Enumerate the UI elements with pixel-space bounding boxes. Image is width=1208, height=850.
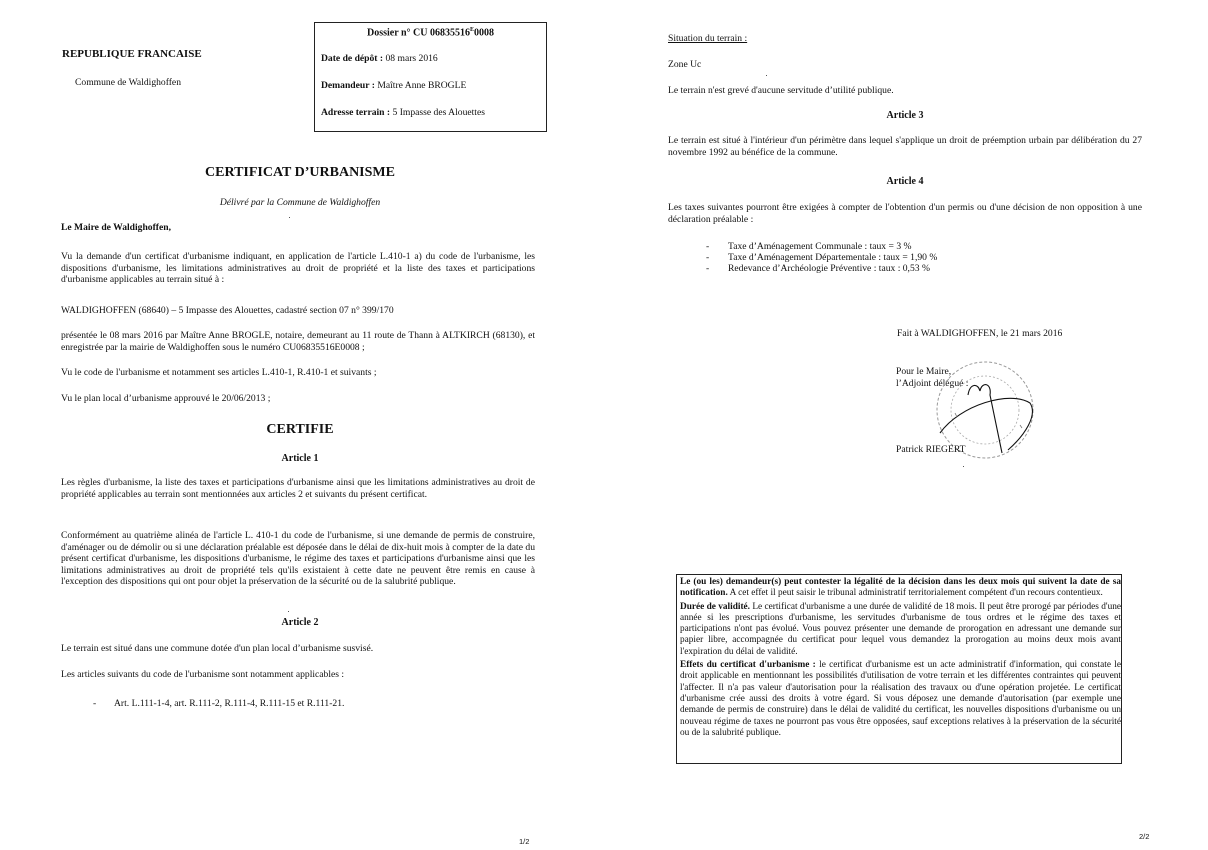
dossier-number-suffix: 0008 (474, 27, 494, 38)
tax-item-text: Redevance d’Archéologie Préventive : tau… (728, 263, 930, 274)
situation-heading: Situation du terrain : (668, 33, 747, 44)
legal-notice-box: Le (ou les) demandeur(s) peut contester … (676, 574, 1122, 764)
vu-code-paragraph: Vu le code de l'urbanisme et notamment s… (61, 367, 377, 378)
signatory-name: Patrick RIEGERT (896, 444, 966, 455)
date-label: Date de dépôt : (321, 53, 383, 64)
list-dash: - (706, 252, 728, 263)
tax-item-text: Taxe d’Aménagement Départementale : taux… (728, 252, 937, 263)
tax-item: -Taxe d’Aménagement Départementale : tau… (706, 252, 937, 263)
page-number-1: 1/2 (519, 837, 529, 846)
signature-place-date: Fait à WALDIGHOFFEN, le 21 mars 2016 (897, 328, 1062, 339)
vu-plan-paragraph: Vu le plan local d’urbanisme approuvé le… (61, 393, 270, 404)
notice-contest-text: A cet effet il peut saisir le tribunal a… (728, 588, 1103, 598)
article2-list-item: -Art. L.111-1-4, art. R.111-2, R.111-4, … (93, 698, 344, 709)
page-number-2: 2/2 (1139, 832, 1149, 841)
article3-paragraph: Le terrain est situé à l'intérieur d'un … (668, 135, 1142, 158)
dossier-date: Date de dépôt : 08 mars 2016 (321, 53, 438, 64)
tax-list: -Taxe d’Aménagement Communale : taux = 3… (706, 241, 937, 274)
list-dash: - (706, 263, 728, 274)
adresse-label: Adresse terrain : (321, 107, 390, 118)
zone-value: Zone Uc (668, 59, 701, 70)
republic-heading: REPUBLIQUE FRANCAISE (62, 48, 202, 60)
dossier-number-main: Dossier n° CU 06835516 (367, 27, 470, 38)
tax-item: -Taxe d’Aménagement Communale : taux = 3… (706, 241, 937, 252)
dossier-box: Dossier n° CU 06835516E0008 Date de dépô… (314, 22, 547, 132)
date-value: 08 mars 2016 (383, 53, 438, 64)
vu-demande-paragraph: Vu la demande d'un certificat d'urbanism… (61, 251, 535, 286)
list-dash: - (93, 698, 114, 709)
notice-effets: Effets du certificat d'urbanisme : le ce… (680, 660, 1121, 739)
notice-contest: Le (ou les) demandeur(s) peut contester … (680, 577, 1121, 600)
article4-heading: Article 4 (665, 176, 1145, 187)
presentee-paragraph: présentée le 08 mars 2016 par Maître Ann… (61, 330, 535, 353)
list-dash: - (706, 241, 728, 252)
article2-paragraph-2: Les articles suivants du code de l'urban… (61, 669, 344, 680)
dossier-demandeur: Demandeur : Maître Anne BROGLE (321, 80, 466, 91)
article4-paragraph: Les taxes suivantes pourront être exigée… (668, 202, 1142, 225)
notice-effets-text: le certificat d'urbanisme est un acte ad… (680, 660, 1121, 738)
article2-heading: Article 2 (60, 617, 540, 628)
dossier-number: Dossier n° CU 06835516E0008 (315, 27, 546, 38)
article2-item-text: Art. L.111-1-4, art. R.111-2, R.111-4, R… (114, 698, 344, 709)
maire-heading: Le Maire de Waldighoffen, (61, 222, 171, 233)
article2-paragraph-1: Le terrain est situé dans une commune do… (61, 643, 373, 654)
commune-name: Commune de Waldighoffen (75, 77, 181, 88)
article1-paragraph-1: Les règles d'urbanisme, la liste des tax… (61, 477, 535, 500)
adresse-value: 5 Impasse des Alouettes (390, 107, 485, 118)
article1-heading: Article 1 (60, 453, 540, 464)
article1-paragraph-2: Conformément au quatrième alinéa de l'ar… (61, 530, 535, 588)
demandeur-value: Maître Anne BROGLE (375, 80, 466, 91)
terrain-address: WALDIGHOFFEN (68640) – 5 Impasse des Alo… (61, 305, 394, 316)
document-title: CERTIFICAT D’URBANISME (60, 165, 540, 181)
servitude-text: Le terrain n'est grevé d'aucune servitud… (668, 85, 894, 96)
notice-effets-bold: Effets du certificat d'urbanisme : (680, 660, 816, 670)
certifie-heading: CERTIFIE (60, 422, 540, 438)
document-subtitle: Délivré par la Commune de Waldighoffen (60, 197, 540, 208)
tax-item-text: Taxe d’Aménagement Communale : taux = 3 … (728, 241, 912, 252)
dossier-adresse: Adresse terrain : 5 Impasse des Alouette… (321, 107, 485, 118)
article3-heading: Article 3 (665, 110, 1145, 121)
notice-validite: Durée de validité. Le certificat d'urban… (680, 602, 1121, 658)
tax-item: -Redevance d’Archéologie Préventive : ta… (706, 263, 937, 274)
notice-validite-bold: Durée de validité. (680, 602, 750, 612)
demandeur-label: Demandeur : (321, 80, 375, 91)
